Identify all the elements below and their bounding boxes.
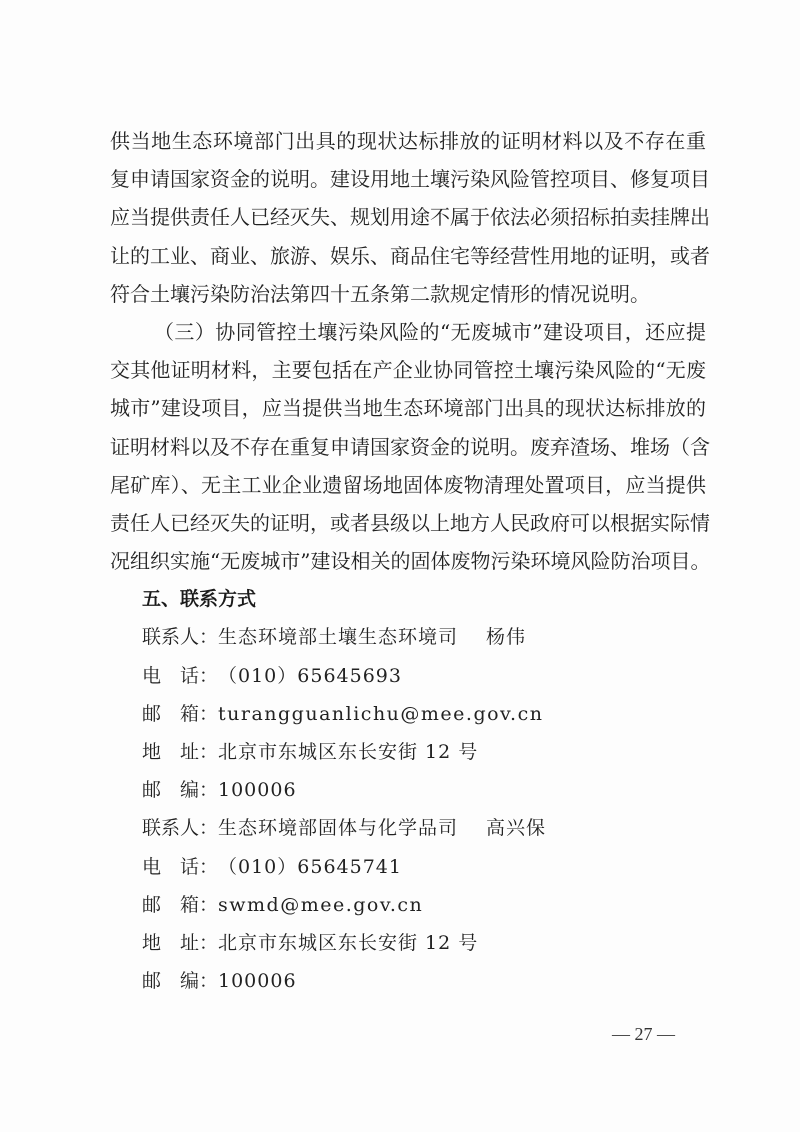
email-link[interactable]: swmd@mee.gov.cn xyxy=(218,894,423,916)
address-row: 地 址：北京市东城区东长安街 12 号 xyxy=(110,924,706,962)
email-link[interactable]: turangguanlichu@mee.gov.cn xyxy=(218,703,543,725)
postcode-value: 100006 xyxy=(218,779,297,801)
text-line: 城市”建设项目，应当提供当地生态环境部门出具的现状达标排放的 xyxy=(110,389,706,427)
phone-value: （010）65645693 xyxy=(218,665,402,687)
contact-name: 杨伟 xyxy=(486,626,526,648)
text-line: 交其他证明材料，主要包括在产企业协同管控土壤污染风险的“无废 xyxy=(110,351,706,389)
postcode-row: 邮 编：100006 xyxy=(110,771,706,809)
address-row: 地 址：北京市东城区东长安街 12 号 xyxy=(110,733,706,771)
email-row: 邮 箱：swmd@mee.gov.cn xyxy=(110,886,706,924)
address-value: 北京市东城区东长安街 12 号 xyxy=(218,932,478,954)
postcode-label: 邮 编： xyxy=(142,962,218,1000)
text-line: 符合土壤污染防治法第四十五条第二款规定情形的情况说明。 xyxy=(110,275,706,313)
phone-value: （010）65645741 xyxy=(218,856,402,878)
contact-department: 生态环境部土壤生态环境司 xyxy=(218,626,458,648)
postcode-label: 邮 编： xyxy=(142,771,218,809)
page-number: — 27 — xyxy=(612,1024,675,1045)
address-value: 北京市东城区东长安街 12 号 xyxy=(218,741,478,763)
postcode-row: 邮 编：100006 xyxy=(110,962,706,1000)
address-label: 地 址： xyxy=(142,924,218,962)
text-line: 让的工业、商业、旅游、娱乐、商品住宅等经营性用地的证明，或者 xyxy=(110,237,706,275)
contact-block-2: 联系人：生态环境部固体与化学品司高兴保 电 话：（010）65645741 邮 … xyxy=(110,809,706,1000)
phone-row: 电 话：（010）65645741 xyxy=(110,848,706,886)
paragraph-continued: 供当地生态环境部门出具的现状达标排放的证明材料以及不存在重 复申请国家资金的说明… xyxy=(110,122,706,313)
phone-row: 电 话：（010）65645693 xyxy=(110,657,706,695)
address-label: 地 址： xyxy=(142,733,218,771)
phone-label: 电 话： xyxy=(142,657,218,695)
text-line: 责任人已经灭失的证明，或者县级以上地方人民政府可以根据实际情 xyxy=(110,504,706,542)
text-line: 应当提供责任人已经灭失、规划用途不属于依法必须招标拍卖挂牌出 xyxy=(110,198,706,236)
paragraph-three: （三）协同管控土壤污染风险的“无废城市”建设项目，还应提 交其他证明材料，主要包… xyxy=(110,313,706,580)
document-page: 供当地生态环境部门出具的现状达标排放的证明材料以及不存在重 复申请国家资金的说明… xyxy=(110,122,706,1000)
text-line: 复申请国家资金的说明。建设用地土壤污染风险管控项目、修复项目 xyxy=(110,160,706,198)
text-line: （三）协同管控土壤污染风险的“无废城市”建设项目，还应提 xyxy=(110,313,706,351)
email-row: 邮 箱：turangguanlichu@mee.gov.cn xyxy=(110,695,706,733)
text-line: 况组织实施“无废城市”建设相关的固体废物污染环境风险防治项目。 xyxy=(110,542,706,580)
text-line: 证明材料以及不存在重复申请国家资金的说明。废弃渣场、堆场（含 xyxy=(110,428,706,466)
contact-label: 联系人： xyxy=(142,809,218,847)
text-line: 供当地生态环境部门出具的现状达标排放的证明材料以及不存在重 xyxy=(110,122,706,160)
contact-person-row: 联系人：生态环境部固体与化学品司高兴保 xyxy=(110,809,706,847)
email-label: 邮 箱： xyxy=(142,886,218,924)
text-line: 尾矿库）、无主工业企业遗留场地固体废物清理处置项目，应当提供 xyxy=(110,466,706,504)
contact-block-1: 联系人：生态环境部土壤生态环境司杨伟 电 话：（010）65645693 邮 箱… xyxy=(110,618,706,809)
contact-label: 联系人： xyxy=(142,618,218,656)
contact-person-row: 联系人：生态环境部土壤生态环境司杨伟 xyxy=(110,618,706,656)
phone-label: 电 话： xyxy=(142,848,218,886)
email-label: 邮 箱： xyxy=(142,695,218,733)
contact-department: 生态环境部固体与化学品司 xyxy=(218,817,458,839)
postcode-value: 100006 xyxy=(218,970,297,992)
section-heading: 五、联系方式 xyxy=(110,580,706,618)
contact-name: 高兴保 xyxy=(486,817,546,839)
